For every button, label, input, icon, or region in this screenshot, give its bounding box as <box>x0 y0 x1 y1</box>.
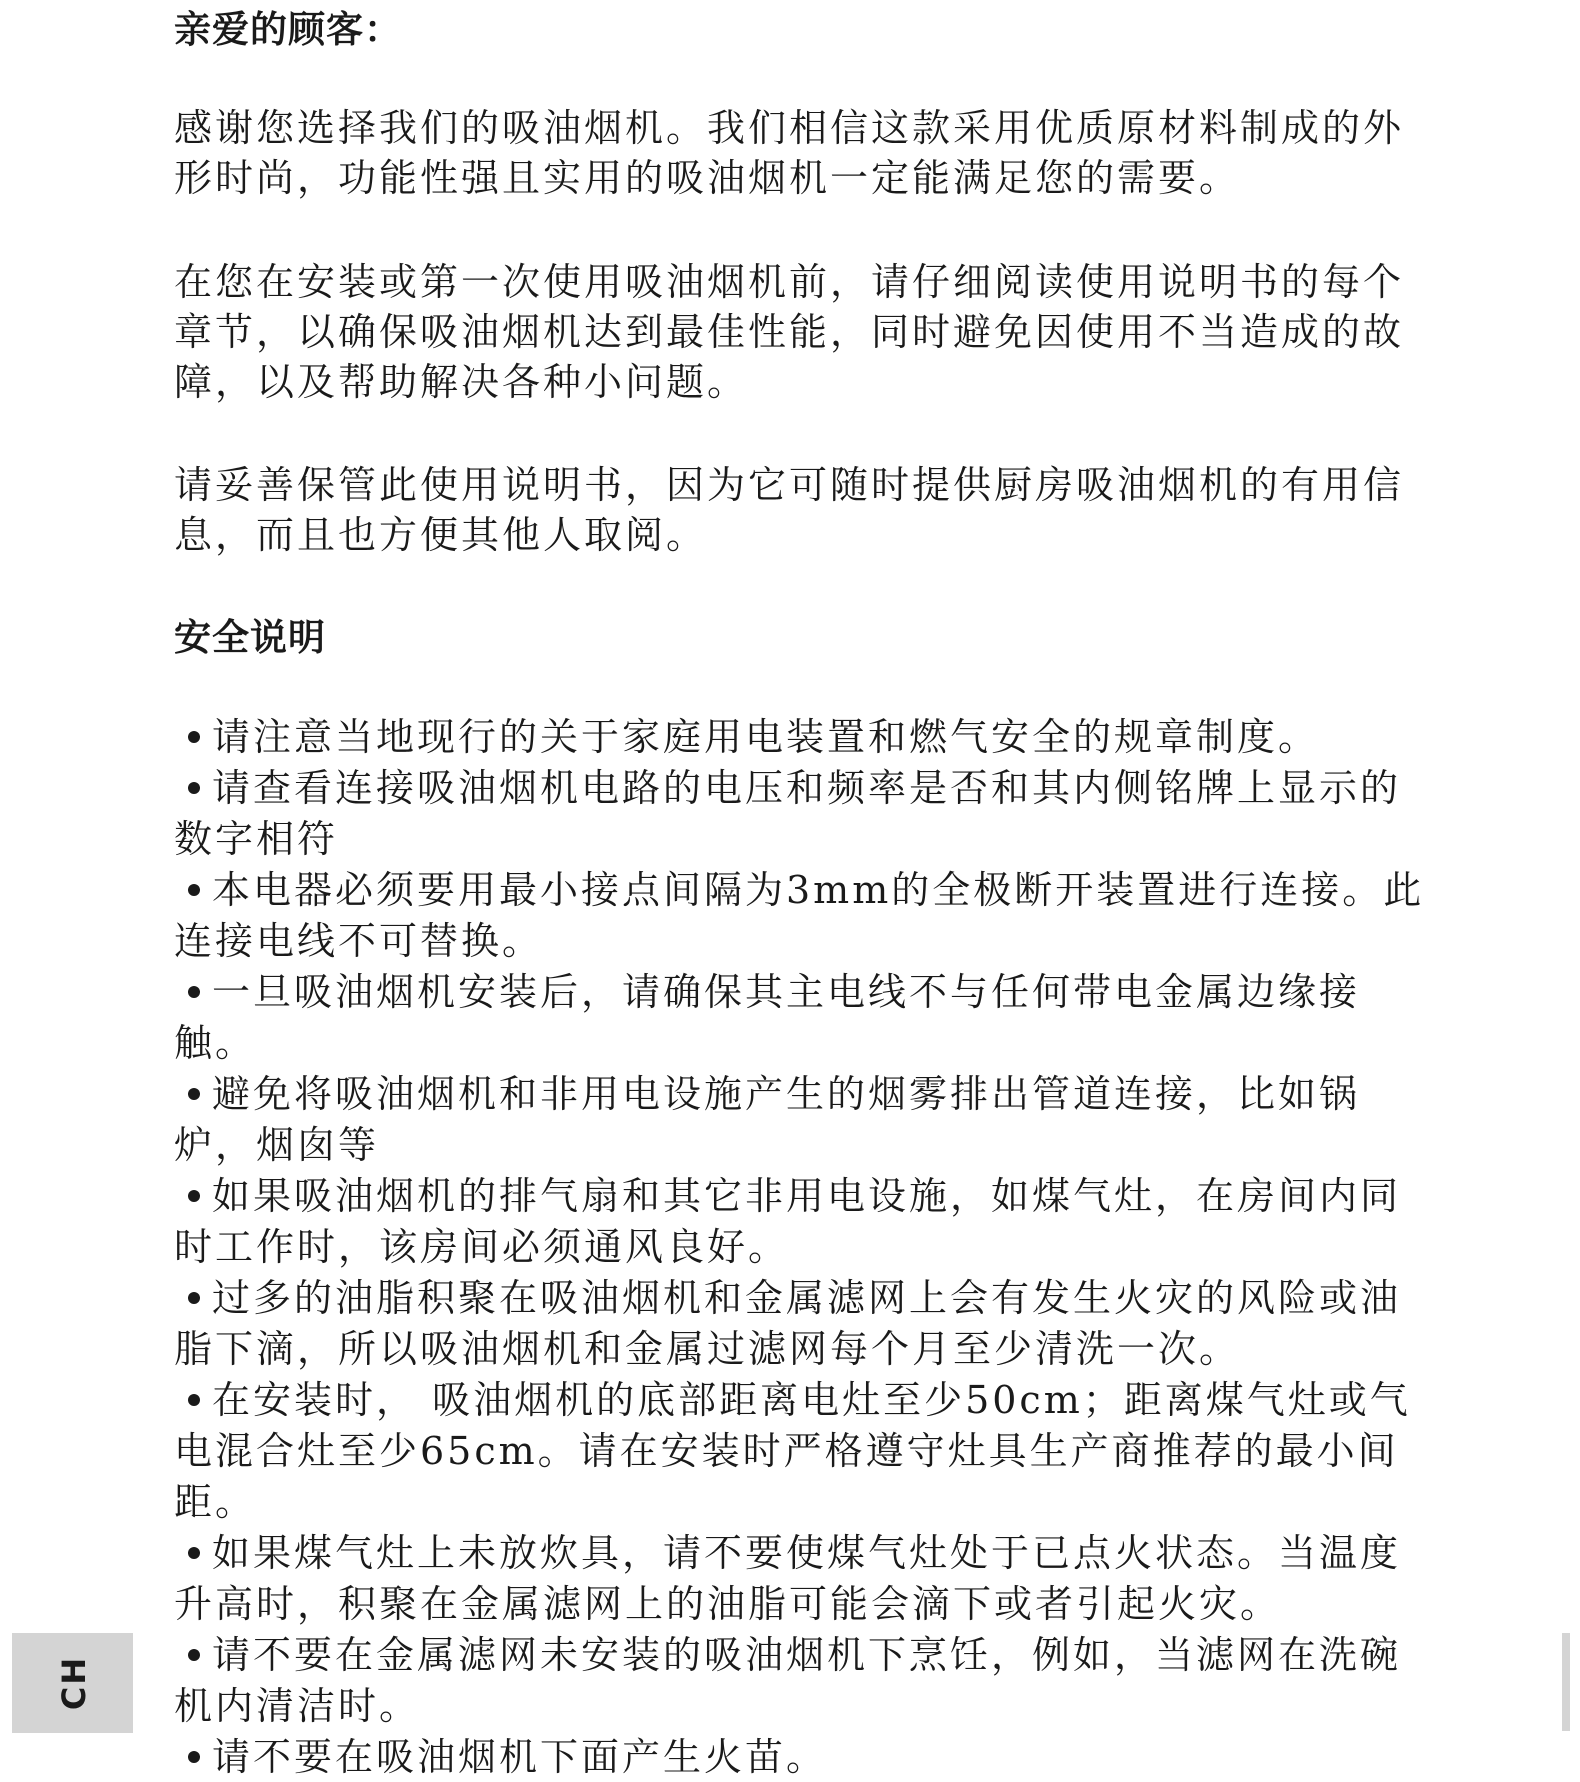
bullet-icon <box>188 1649 200 1661</box>
language-tab-label: CH <box>55 1656 93 1710</box>
safety-item-text: 过多的油脂积聚在吸油烟机和金属滤网上会有发生火灾的风险或油脂下滴，所以吸油烟机和… <box>174 1276 1401 1371</box>
intro-paragraph: 感谢您选择我们的吸油烟机。我们相信这款采用优质原材料制成的外形时尚，功能性强且实… <box>174 103 1434 203</box>
safety-item-text: 在安装时， 吸油烟机的底部距离电灶至少50cm；距离煤气灶或气电混合灶至少65c… <box>174 1378 1411 1524</box>
page-edge-marker <box>1562 1633 1570 1731</box>
read-manual-paragraph: 在您在安装或第一次使用吸油烟机前，请仔细阅读使用说明书的每个章节，以确保吸油烟机… <box>174 257 1434 407</box>
safety-item-text: 如果煤气灶上未放炊具，请不要使煤气灶处于已点火状态。当温度升高时，积聚在金属滤网… <box>174 1531 1401 1626</box>
keep-manual-paragraph: 请妥善保管此使用说明书，因为它可随时提供厨房吸油烟机的有用信息，而且也方便其他人… <box>174 460 1434 560</box>
greeting-heading: 亲爱的顾客： <box>174 4 1434 56</box>
safety-item: 如果吸油烟机的排气扇和其它非用电设施，如煤气灶，在房间内同时工作时，该房间必须通… <box>174 1171 1434 1273</box>
safety-item-text: 避免将吸油烟机和非用电设施产生的烟雾排出管道连接，比如锅炉，烟囱等 <box>174 1072 1360 1167</box>
bullet-icon <box>188 986 200 998</box>
safety-item: 请查看连接吸油烟机电路的电压和频率是否和其内侧铭牌上显示的数字相符 <box>174 763 1434 865</box>
safety-item: 请注意当地现行的关于家庭用电装置和燃气安全的规章制度。 <box>174 712 1434 763</box>
bullet-icon <box>188 1088 200 1100</box>
bullet-icon <box>188 1547 200 1559</box>
safety-item-text: 请注意当地现行的关于家庭用电装置和燃气安全的规章制度。 <box>212 715 1319 759</box>
bullet-icon <box>188 1751 200 1763</box>
safety-item-text: 一旦吸油烟机安装后，请确保其主电线不与任何带电金属边缘接触。 <box>174 970 1360 1065</box>
bullet-icon <box>188 1394 200 1406</box>
page-content: 亲爱的顾客： 感谢您选择我们的吸油烟机。我们相信这款采用优质原材料制成的外形时尚… <box>174 0 1434 56</box>
safety-item: 请不要在吸油烟机下面产生火苗。 <box>174 1732 1434 1782</box>
safety-section-title: 安全说明 <box>174 612 326 664</box>
safety-list: 请注意当地现行的关于家庭用电装置和燃气安全的规章制度。 请查看连接吸油烟机电路的… <box>174 712 1434 1782</box>
bullet-icon <box>188 1190 200 1202</box>
safety-item-text: 本电器必须要用最小接点间隔为3mm的全极断开装置进行连接。此连接电线不可替换。 <box>174 868 1424 963</box>
safety-item: 请不要在金属滤网未安装的吸油烟机下烹饪，例如，当滤网在洗碗机内清洁时。 <box>174 1630 1434 1732</box>
language-tab: CH <box>12 1633 133 1733</box>
safety-item: 在安装时， 吸油烟机的底部距离电灶至少50cm；距离煤气灶或气电混合灶至少65c… <box>174 1375 1434 1528</box>
safety-item: 一旦吸油烟机安装后，请确保其主电线不与任何带电金属边缘接触。 <box>174 967 1434 1069</box>
bullet-icon <box>188 731 200 743</box>
safety-item: 本电器必须要用最小接点间隔为3mm的全极断开装置进行连接。此连接电线不可替换。 <box>174 865 1434 967</box>
safety-item-text: 请查看连接吸油烟机电路的电压和频率是否和其内侧铭牌上显示的数字相符 <box>174 766 1401 861</box>
safety-item-text: 请不要在吸油烟机下面产生火苗。 <box>212 1735 827 1779</box>
bullet-icon <box>188 1292 200 1304</box>
safety-item: 过多的油脂积聚在吸油烟机和金属滤网上会有发生火灾的风险或油脂下滴，所以吸油烟机和… <box>174 1273 1434 1375</box>
manual-page: 亲爱的顾客： 感谢您选择我们的吸油烟机。我们相信这款采用优质原材料制成的外形时尚… <box>0 0 1580 1782</box>
safety-item: 避免将吸油烟机和非用电设施产生的烟雾排出管道连接，比如锅炉，烟囱等 <box>174 1069 1434 1171</box>
bullet-icon <box>188 782 200 794</box>
safety-item-text: 请不要在金属滤网未安装的吸油烟机下烹饪，例如，当滤网在洗碗机内清洁时。 <box>174 1633 1401 1728</box>
bullet-icon <box>188 884 200 896</box>
safety-item: 如果煤气灶上未放炊具，请不要使煤气灶处于已点火状态。当温度升高时，积聚在金属滤网… <box>174 1528 1434 1630</box>
safety-item-text: 如果吸油烟机的排气扇和其它非用电设施，如煤气灶，在房间内同时工作时，该房间必须通… <box>174 1174 1401 1269</box>
